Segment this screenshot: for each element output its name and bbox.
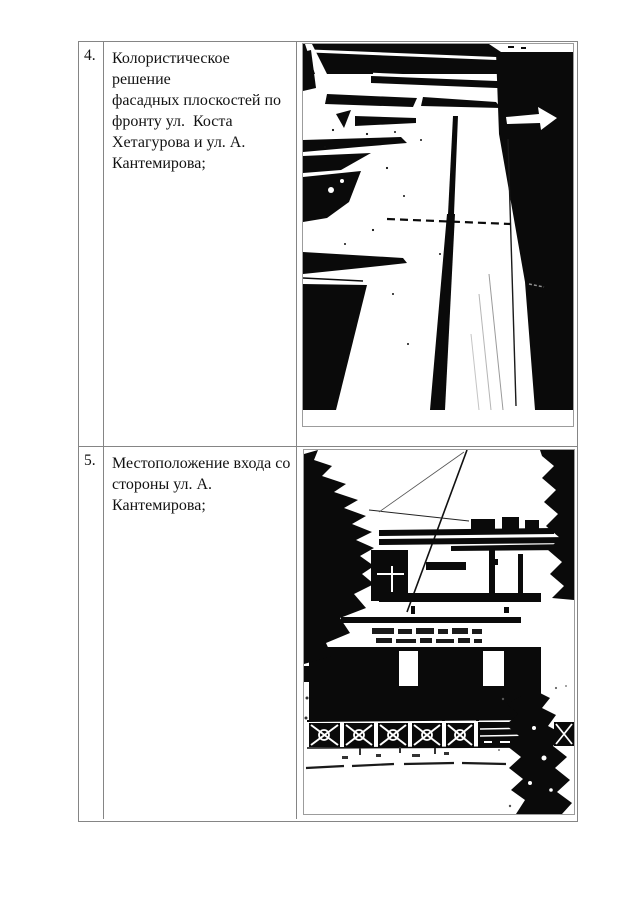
text-line: Колористическое решение — [112, 48, 291, 90]
text-line: стороны ул. А. Кантемирова; — [112, 474, 291, 516]
text-line: Хетагурова и ул. А. — [112, 132, 291, 153]
entrance-location-photo — [303, 449, 575, 815]
row-number: 5. — [79, 447, 104, 819]
text-line: Кантемирова; — [112, 153, 291, 174]
table-row: 4. Колористическое решение фасадных плос… — [79, 42, 577, 447]
text-line: фасадных плоскостей по — [112, 90, 291, 111]
photo-cell — [299, 42, 577, 446]
row-description: Колористическое решение фасадных плоскос… — [105, 42, 297, 446]
table-row: 5. Местоположение входа со стороны ул. А… — [79, 447, 577, 819]
document-table: 4. Колористическое решение фасадных плос… — [78, 41, 578, 822]
text-line: Местоположение входа со — [112, 453, 291, 474]
row-number: 4. — [79, 42, 104, 446]
row-description: Местоположение входа со стороны ул. А. К… — [105, 447, 297, 819]
facade-photo-svg — [303, 44, 573, 426]
entrance-photo-svg — [304, 450, 574, 814]
text-line: фронту ул. Коста — [112, 111, 291, 132]
entrance-shadow — [309, 647, 541, 720]
scanned-document-page: 4. Колористическое решение фасадных плос… — [0, 0, 640, 906]
facade-color-scheme-photo — [302, 43, 574, 427]
photo-cell — [299, 447, 577, 819]
